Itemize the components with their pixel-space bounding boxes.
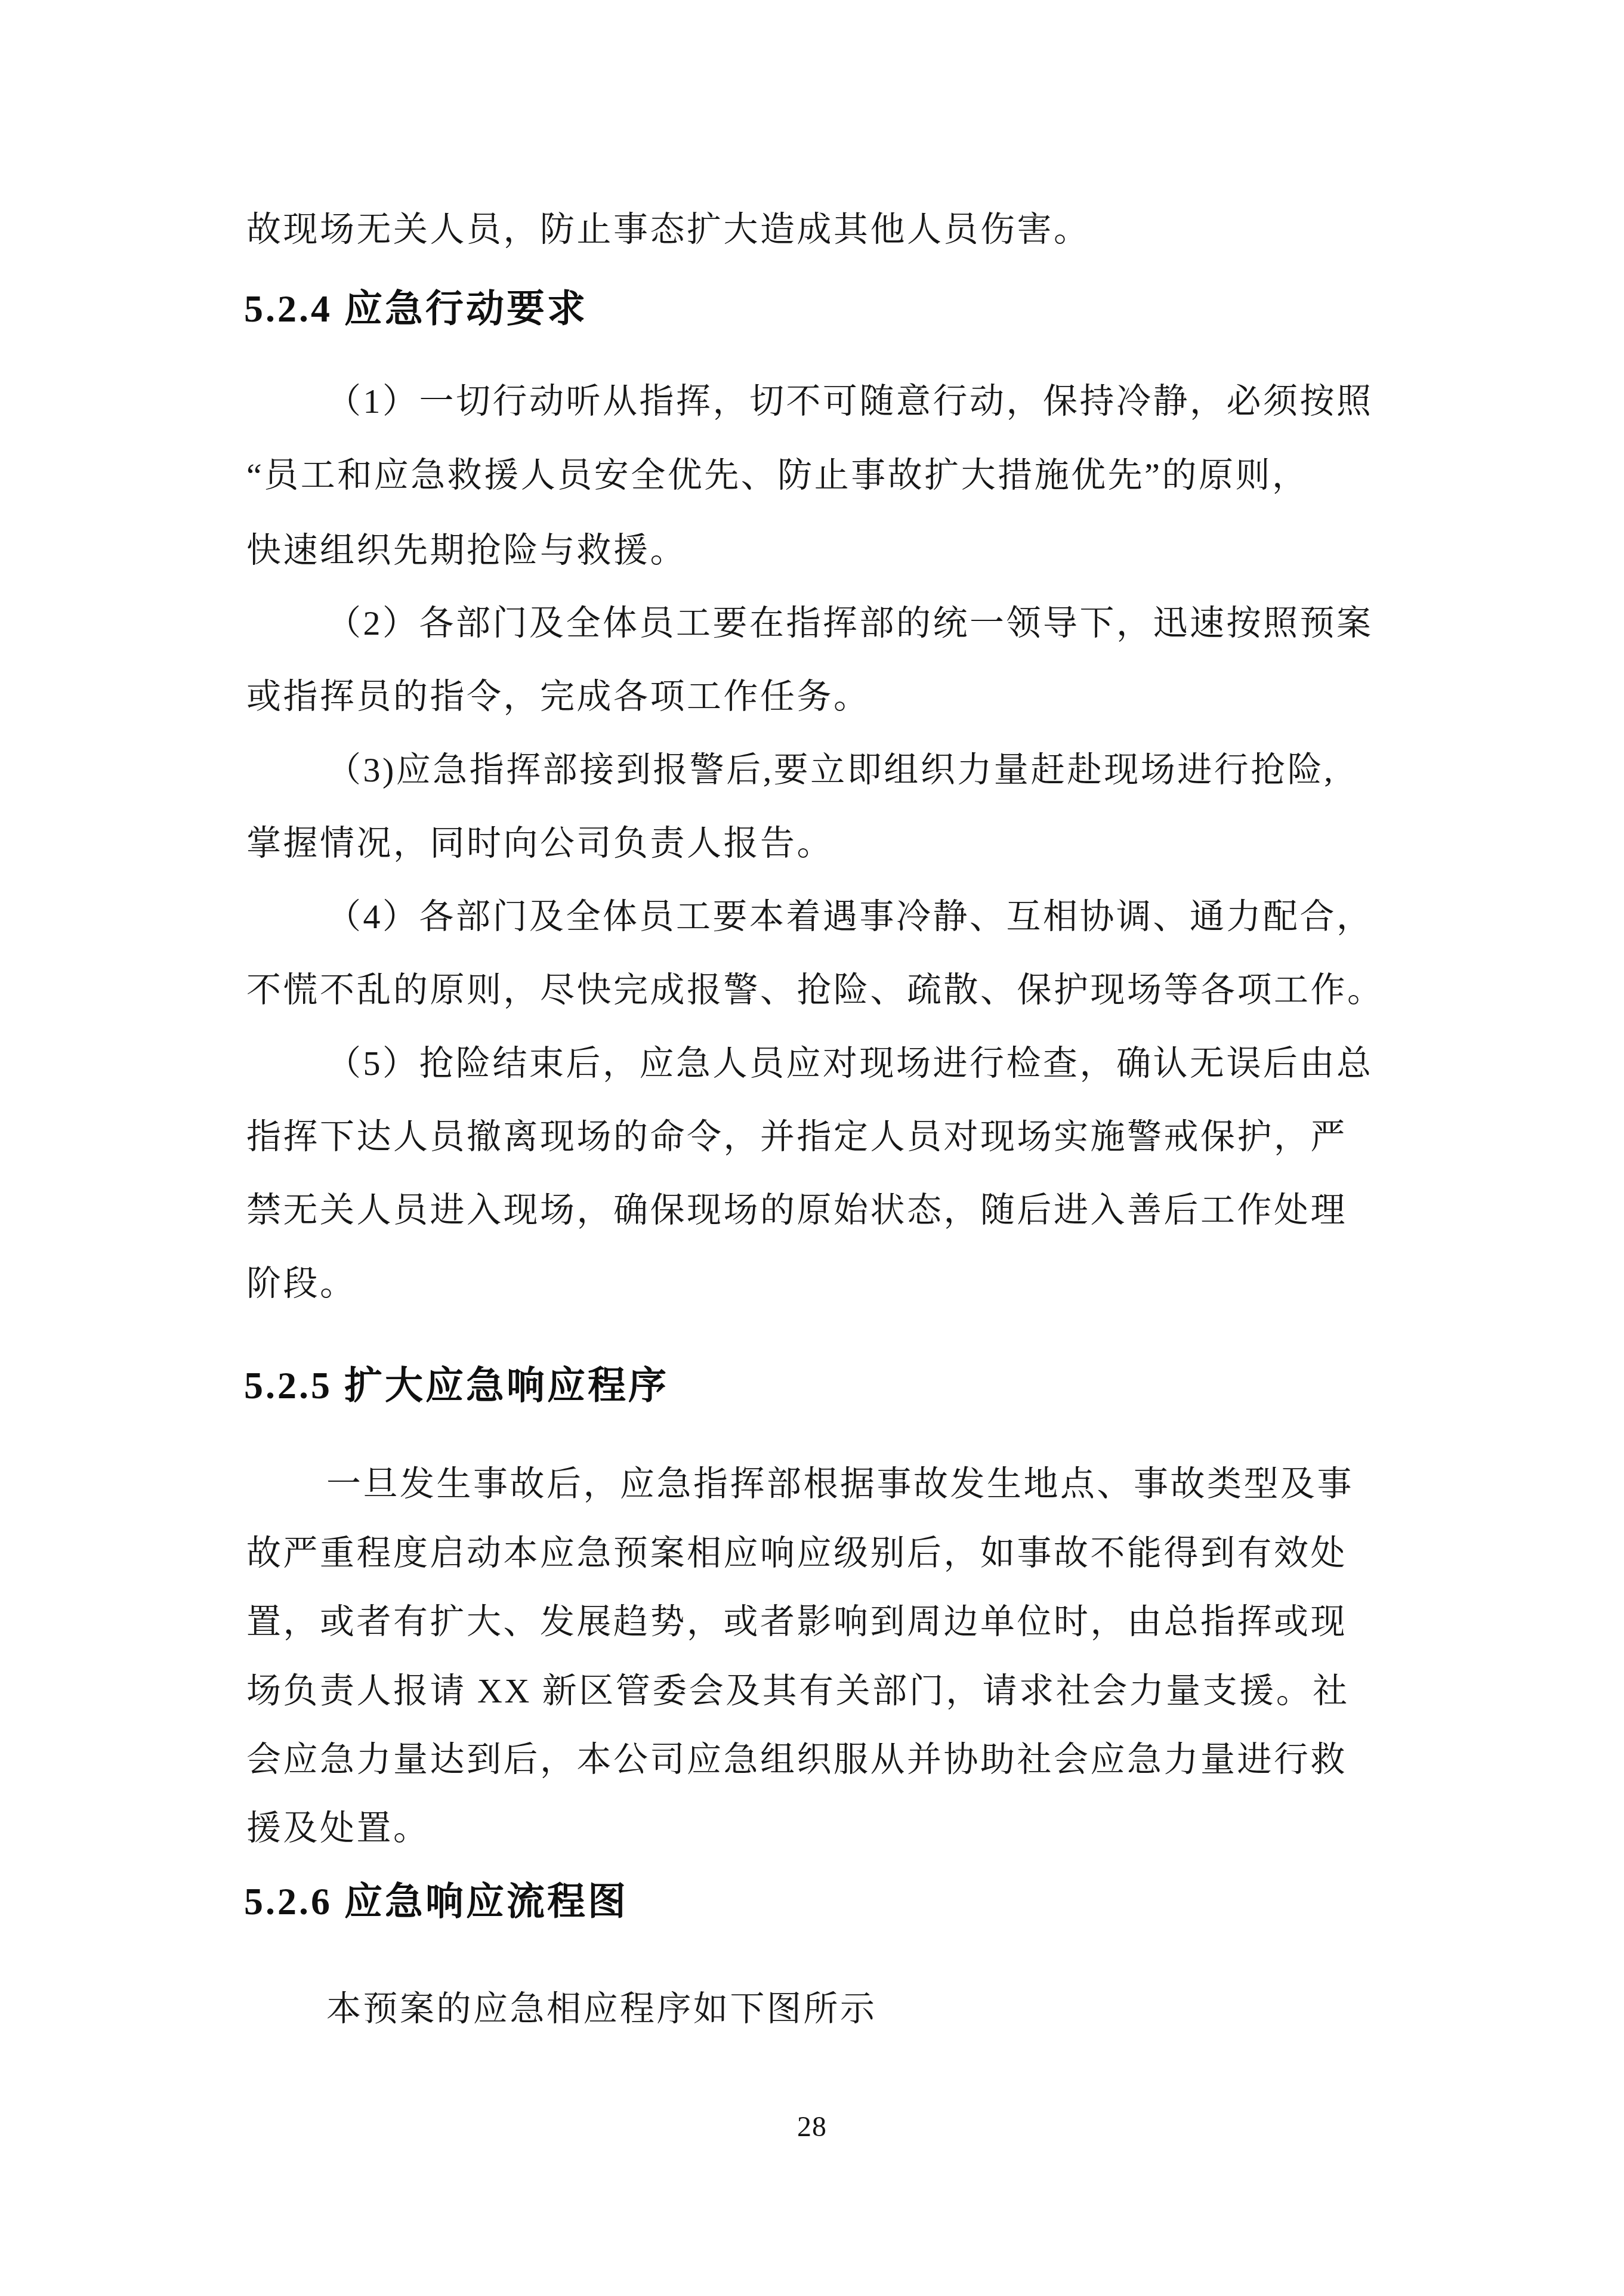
paragraph-line: 指挥下达人员撤离现场的命令，并指定人员对现场实施警戒保护，严 <box>246 1120 1347 1154</box>
paragraph-line: （3)应急指挥部接到报警后,要立即组织力量赶赴现场进行抢险, <box>326 753 1335 787</box>
paragraph-line: （1）一切行动听从指挥，切不可随意行动，保持冷静，必须按照 <box>326 384 1373 419</box>
paragraph-line: 禁无关人员进入现场，确保现场的原始状态，随后进入善后工作处理 <box>246 1193 1347 1228</box>
paragraph-line: （2）各部门及全体员工要在指挥部的统一领导下，迅速按照预案 <box>326 606 1373 641</box>
paragraph-line: 或指挥员的指令，完成各项工作任务。 <box>246 679 870 714</box>
paragraph-line: 会应急力量达到后，本公司应急组织服从并协助社会应急力量进行救 <box>246 1742 1347 1777</box>
paragraph-line: 场负责人报请 XX 新区管委会及其有关部门，请求社会力量支援。社 <box>246 1674 1350 1708</box>
paragraph-line: 本预案的应急相应程序如下图所示 <box>326 1992 877 2026</box>
section-heading-5-2-5: 5.2.5 扩大应急响应程序 <box>244 1367 669 1405</box>
page-number: 28 <box>0 2113 1624 2142</box>
paragraph-line: 援及处置。 <box>246 1811 430 1846</box>
paragraph-line: 快速组织先期抢险与救援。 <box>246 533 687 568</box>
paragraph-line: 掌握情况，同时向公司负责人报告。 <box>246 826 833 861</box>
section-heading-5-2-4: 5.2.4 应急行动要求 <box>244 290 588 328</box>
paragraph-line: 阶段。 <box>246 1266 357 1301</box>
paragraph-line: 不慌不乱的原则，尽快完成报警、抢险、疏散、保护现场等各项工作。 <box>246 973 1384 1008</box>
body-text-line: 故现场无关人员，防止事态扩大造成其他人员伤害。 <box>246 212 1091 247</box>
section-heading-5-2-6: 5.2.6 应急响应流程图 <box>244 1883 628 1921</box>
paragraph-line: （4）各部门及全体员工要本着遇事冷静、互相协调、通力配合， <box>326 900 1373 934</box>
document-page: 故现场无关人员，防止事态扩大造成其他人员伤害。 5.2.4 应急行动要求 （1）… <box>0 0 1624 2296</box>
paragraph-line: （5）抢险结束后，应急人员应对现场进行检查，确认无误后由总 <box>326 1046 1373 1081</box>
paragraph-line: “员工和应急救援人员安全优先、防止事故扩大措施优先”的原则， <box>246 458 1309 493</box>
paragraph-line: 故严重程度启动本应急预案相应响应级别后，如事故不能得到有效处 <box>246 1536 1347 1571</box>
paragraph-line: 置，或者有扩大、发展趋势，或者影响到周边单位时，由总指挥或现 <box>246 1605 1347 1639</box>
paragraph-line: 一旦发生事故后，应急指挥部根据事故发生地点、事故类型及事 <box>326 1467 1354 1501</box>
